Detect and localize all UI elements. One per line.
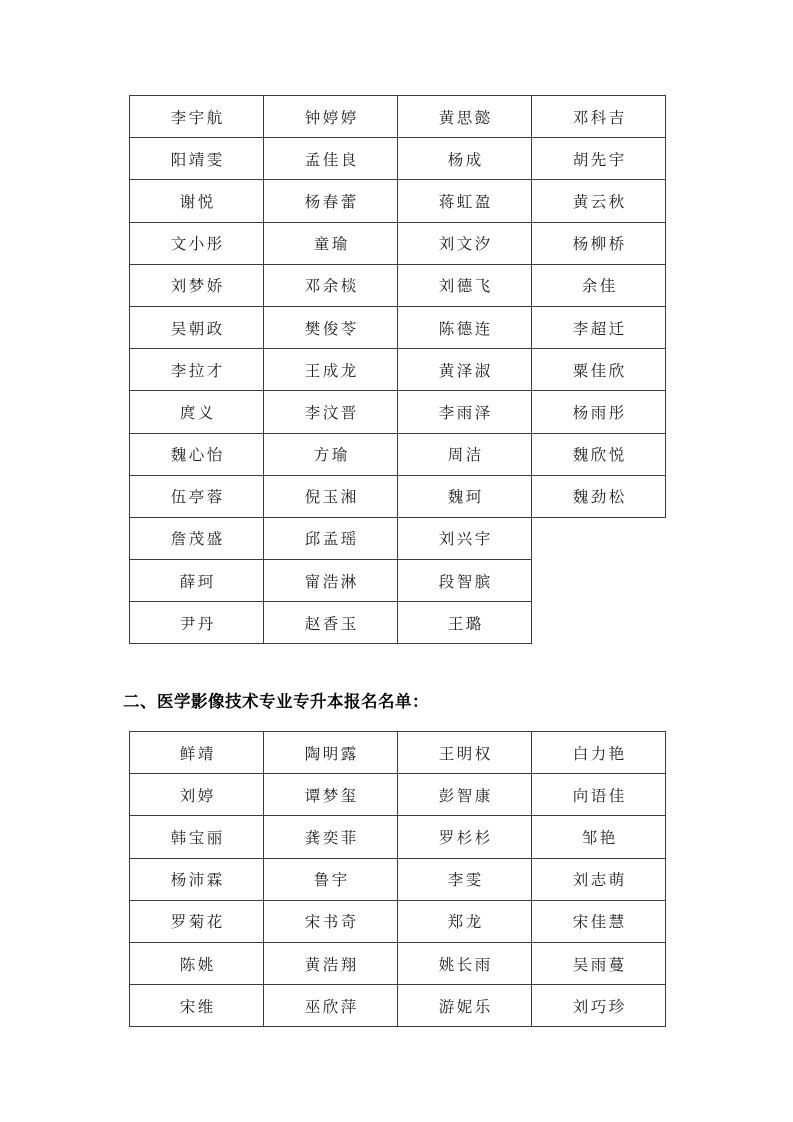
table-row: 尹丹赵香玉王璐 <box>130 602 666 644</box>
student-name-cell: 刘文汐 <box>398 222 532 264</box>
student-name-cell: 段智膑 <box>398 560 532 602</box>
student-name-cell: 李汶晋 <box>264 391 398 433</box>
student-name-cell: 鲁宇 <box>264 858 398 900</box>
student-name-cell: 陈德连 <box>398 306 532 348</box>
student-name-cell: 李雨泽 <box>398 391 532 433</box>
student-name-cell: 郑龙 <box>398 900 532 942</box>
student-name-cell: 宋书奇 <box>264 900 398 942</box>
student-name-cell: 鲜靖 <box>130 732 264 774</box>
student-name-cell: 杨成 <box>398 138 532 180</box>
student-name-cell: 罗菊花 <box>130 900 264 942</box>
student-name-cell: 游妮乐 <box>398 985 532 1027</box>
table-row: 陈姚黄浩翔姚长雨吴雨蔓 <box>130 942 666 984</box>
table-row: 薛珂甯浩淋段智膑 <box>130 560 666 602</box>
student-name-cell: 李超迁 <box>532 306 666 348</box>
student-name-cell: 白力艳 <box>532 732 666 774</box>
student-name-cell: 魏欣悦 <box>532 433 666 475</box>
document-page: 李宇航钟婷婷黄思懿邓科吉阳靖雯孟佳良杨成胡先宇谢悦杨春蕾蒋虹盈黄云秋文小彤童瑜刘… <box>0 0 793 1122</box>
table-row: 詹茂盛邱孟瑶刘兴宇 <box>130 517 666 559</box>
student-name-cell: 陈姚 <box>130 942 264 984</box>
student-name-cell: 余佳 <box>532 264 666 306</box>
student-name-cell: 谢悦 <box>130 180 264 222</box>
student-name-cell: 刘梦娇 <box>130 264 264 306</box>
student-name-cell: 向语佳 <box>532 774 666 816</box>
table-row: 刘梦娇邓余棪刘德飞余佳 <box>130 264 666 306</box>
table-row: 李宇航钟婷婷黄思懿邓科吉 <box>130 96 666 138</box>
student-name-cell: 阳靖雯 <box>130 138 264 180</box>
student-name-cell: 宋佳慧 <box>532 900 666 942</box>
student-name-cell: 李拉才 <box>130 349 264 391</box>
student-name-cell: 魏劲松 <box>532 475 666 517</box>
student-name-cell: 魏心怡 <box>130 433 264 475</box>
table-row: 伍亭蓉倪玉湘魏珂魏劲松 <box>130 475 666 517</box>
student-name-cell: 詹茂盛 <box>130 517 264 559</box>
student-name-cell: 杨春蕾 <box>264 180 398 222</box>
student-name-cell: 粟佳欣 <box>532 349 666 391</box>
table-row: 阳靖雯孟佳良杨成胡先宇 <box>130 138 666 180</box>
student-name-cell: 胡先宇 <box>532 138 666 180</box>
student-name-cell: 陶明露 <box>264 732 398 774</box>
table-row: 文小彤童瑜刘文汐杨柳桥 <box>130 222 666 264</box>
table-row: 魏心怡方瑜周洁魏欣悦 <box>130 433 666 475</box>
student-name-cell: 庹义 <box>130 391 264 433</box>
student-name-cell: 黄泽淑 <box>398 349 532 391</box>
table-row: 鲜靖陶明露王明权白力艳 <box>130 732 666 774</box>
student-name-cell: 童瑜 <box>264 222 398 264</box>
student-name-cell: 钟婷婷 <box>264 96 398 138</box>
student-name-cell: 刘兴宇 <box>398 517 532 559</box>
student-name-cell: 刘志萌 <box>532 858 666 900</box>
student-name-cell: 樊俊苓 <box>264 306 398 348</box>
student-name-cell: 邓余棪 <box>264 264 398 306</box>
table-row: 谢悦杨春蕾蒋虹盈黄云秋 <box>130 180 666 222</box>
student-name-cell: 杨雨彤 <box>532 391 666 433</box>
student-name-cell: 姚长雨 <box>398 942 532 984</box>
student-name-cell: 巫欣萍 <box>264 985 398 1027</box>
student-name-cell: 蒋虹盈 <box>398 180 532 222</box>
table-row: 吴朝政樊俊苓陈德连李超迁 <box>130 306 666 348</box>
section-2-heading: 二、医学影像技术专业专升本报名名单： <box>123 688 429 712</box>
table-row: 宋维巫欣萍游妮乐刘巧珍 <box>130 985 666 1027</box>
table-row: 杨沛霖鲁宇李雯刘志萌 <box>130 858 666 900</box>
table-row: 刘婷谭梦玺彭智康向语佳 <box>130 774 666 816</box>
student-name-cell: 吴朝政 <box>130 306 264 348</box>
student-name-cell: 邱孟瑶 <box>264 517 398 559</box>
roster-table-section2: 鲜靖陶明露王明权白力艳刘婷谭梦玺彭智康向语佳韩宝丽龚奕菲罗杉杉邹艳杨沛霖鲁宇李雯… <box>129 731 666 1027</box>
table-row: 庹义李汶晋李雨泽杨雨彤 <box>130 391 666 433</box>
student-name-cell: 杨沛霖 <box>130 858 264 900</box>
student-name-cell: 杨柳桥 <box>532 222 666 264</box>
student-name-cell: 龚奕菲 <box>264 816 398 858</box>
student-name-cell: 王成龙 <box>264 349 398 391</box>
student-name-cell: 王璐 <box>398 602 532 644</box>
table-row: 韩宝丽龚奕菲罗杉杉邹艳 <box>130 816 666 858</box>
student-name-cell: 方瑜 <box>264 433 398 475</box>
student-name-cell: 甯浩淋 <box>264 560 398 602</box>
student-name-cell: 吴雨蔓 <box>532 942 666 984</box>
student-name-cell: 谭梦玺 <box>264 774 398 816</box>
roster-table-section1: 李宇航钟婷婷黄思懿邓科吉阳靖雯孟佳良杨成胡先宇谢悦杨春蕾蒋虹盈黄云秋文小彤童瑜刘… <box>129 95 666 644</box>
table-row: 罗菊花宋书奇郑龙宋佳慧 <box>130 900 666 942</box>
student-name-cell: 孟佳良 <box>264 138 398 180</box>
student-name-cell: 尹丹 <box>130 602 264 644</box>
student-name-cell: 李雯 <box>398 858 532 900</box>
table-row: 李拉才王成龙黄泽淑粟佳欣 <box>130 349 666 391</box>
student-name-cell: 文小彤 <box>130 222 264 264</box>
student-name-cell: 王明权 <box>398 732 532 774</box>
student-name-cell: 魏珂 <box>398 475 532 517</box>
student-name-cell: 李宇航 <box>130 96 264 138</box>
student-name-cell: 倪玉湘 <box>264 475 398 517</box>
student-name-cell: 薛珂 <box>130 560 264 602</box>
student-name-cell: 伍亭蓉 <box>130 475 264 517</box>
student-name-cell: 周洁 <box>398 433 532 475</box>
student-name-cell: 刘德飞 <box>398 264 532 306</box>
student-name-cell: 罗杉杉 <box>398 816 532 858</box>
student-name-cell: 黄浩翔 <box>264 942 398 984</box>
student-name-cell: 邓科吉 <box>532 96 666 138</box>
student-name-cell: 彭智康 <box>398 774 532 816</box>
student-name-cell: 刘婷 <box>130 774 264 816</box>
student-name-cell: 韩宝丽 <box>130 816 264 858</box>
student-name-cell: 黄思懿 <box>398 96 532 138</box>
student-name-cell: 刘巧珍 <box>532 985 666 1027</box>
student-name-cell: 赵香玉 <box>264 602 398 644</box>
student-name-cell: 宋维 <box>130 985 264 1027</box>
student-name-cell: 邹艳 <box>532 816 666 858</box>
student-name-cell: 黄云秋 <box>532 180 666 222</box>
